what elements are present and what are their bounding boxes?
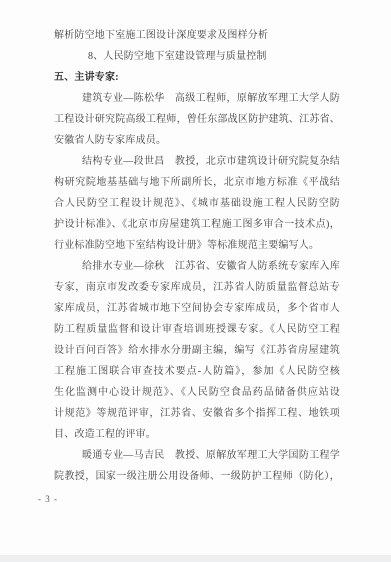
text-line: 建筑专业—陈松华 高级工程师，原解放军理工大学人防 <box>54 88 340 109</box>
text-line: 暖通专业—马吉民 教授、原解放军理工大学国防工程学 <box>54 445 340 466</box>
text-line: 院教授，国家一级注册公用设备师、一级防护工程师（防化）， <box>54 466 340 487</box>
document-page: 解析防空地下室施工图设计深度要求及图样分析 8、人民防空地下室建设管理与质量控制… <box>0 0 391 562</box>
text-line: 工程设计研究院高级工程师，曾任东部战区防护建筑、江苏省、 <box>54 109 340 130</box>
document-text-block: 解析防空地下室施工图设计深度要求及图样分析 8、人民防空地下室建设管理与质量控制… <box>54 25 340 506</box>
text-line: 设计百问百答》给水排水分册副主编，编写《江苏省房屋建筑 <box>54 340 340 361</box>
text-line: 护设计标准》、《北京市房屋建筑工程施工图多审合一技术点)， <box>54 214 340 235</box>
text-line: 安徽省人防专家库成员。 <box>54 130 340 151</box>
text-line-continuation: 解析防空地下室施工图设计深度要求及图样分析 <box>54 25 340 46</box>
text-line: 给排水专业—徐秋 江苏省、安徽省人防系统专家库入库 <box>54 256 340 277</box>
text-line: 生化监测中心设计规范》、《人民防空食品药品储备供应站设 <box>54 382 340 403</box>
text-line: 家库成员，江苏省城市地下空间协会专家库成员，多个省市人 <box>54 298 340 319</box>
text-line: 构研究院地基基础与地下所副所长，北京市地方标准《平战结 <box>54 172 340 193</box>
text-line: 计规范》等规范评审，江苏省、安徽省多个指挥工程、地铁项 <box>54 403 340 424</box>
text-line-list-item-8: 8、人民防空地下室建设管理与质量控制 <box>54 46 340 67</box>
text-line: 防工程质量监督和设计审查培训班授课专家。《人民防空工程 <box>54 319 340 340</box>
section-heading: 五、主讲专家: <box>54 67 340 88</box>
text-line: 专家，南京市发改委专家库成员，江苏省人防质量监督总站专 <box>54 277 340 298</box>
page-bottom-divider <box>0 555 391 562</box>
page-number: - 3 - <box>38 492 340 506</box>
text-line: 合人民防空工程设计规范》、《城市基础设施工程人民防空防 <box>54 193 340 214</box>
text-line: 目、改造工程的评审。 <box>54 424 340 445</box>
text-line: 工程施工图联合审查技术要点-人防篇》，参加《人民防空核 <box>54 361 340 382</box>
text-line: 行业标准防空地下室结构设计册》等标准规范主要编写人。 <box>54 235 340 256</box>
text-line: 结构专业—段世昌 教授，北京市建筑设计研究院复杂结 <box>54 151 340 172</box>
